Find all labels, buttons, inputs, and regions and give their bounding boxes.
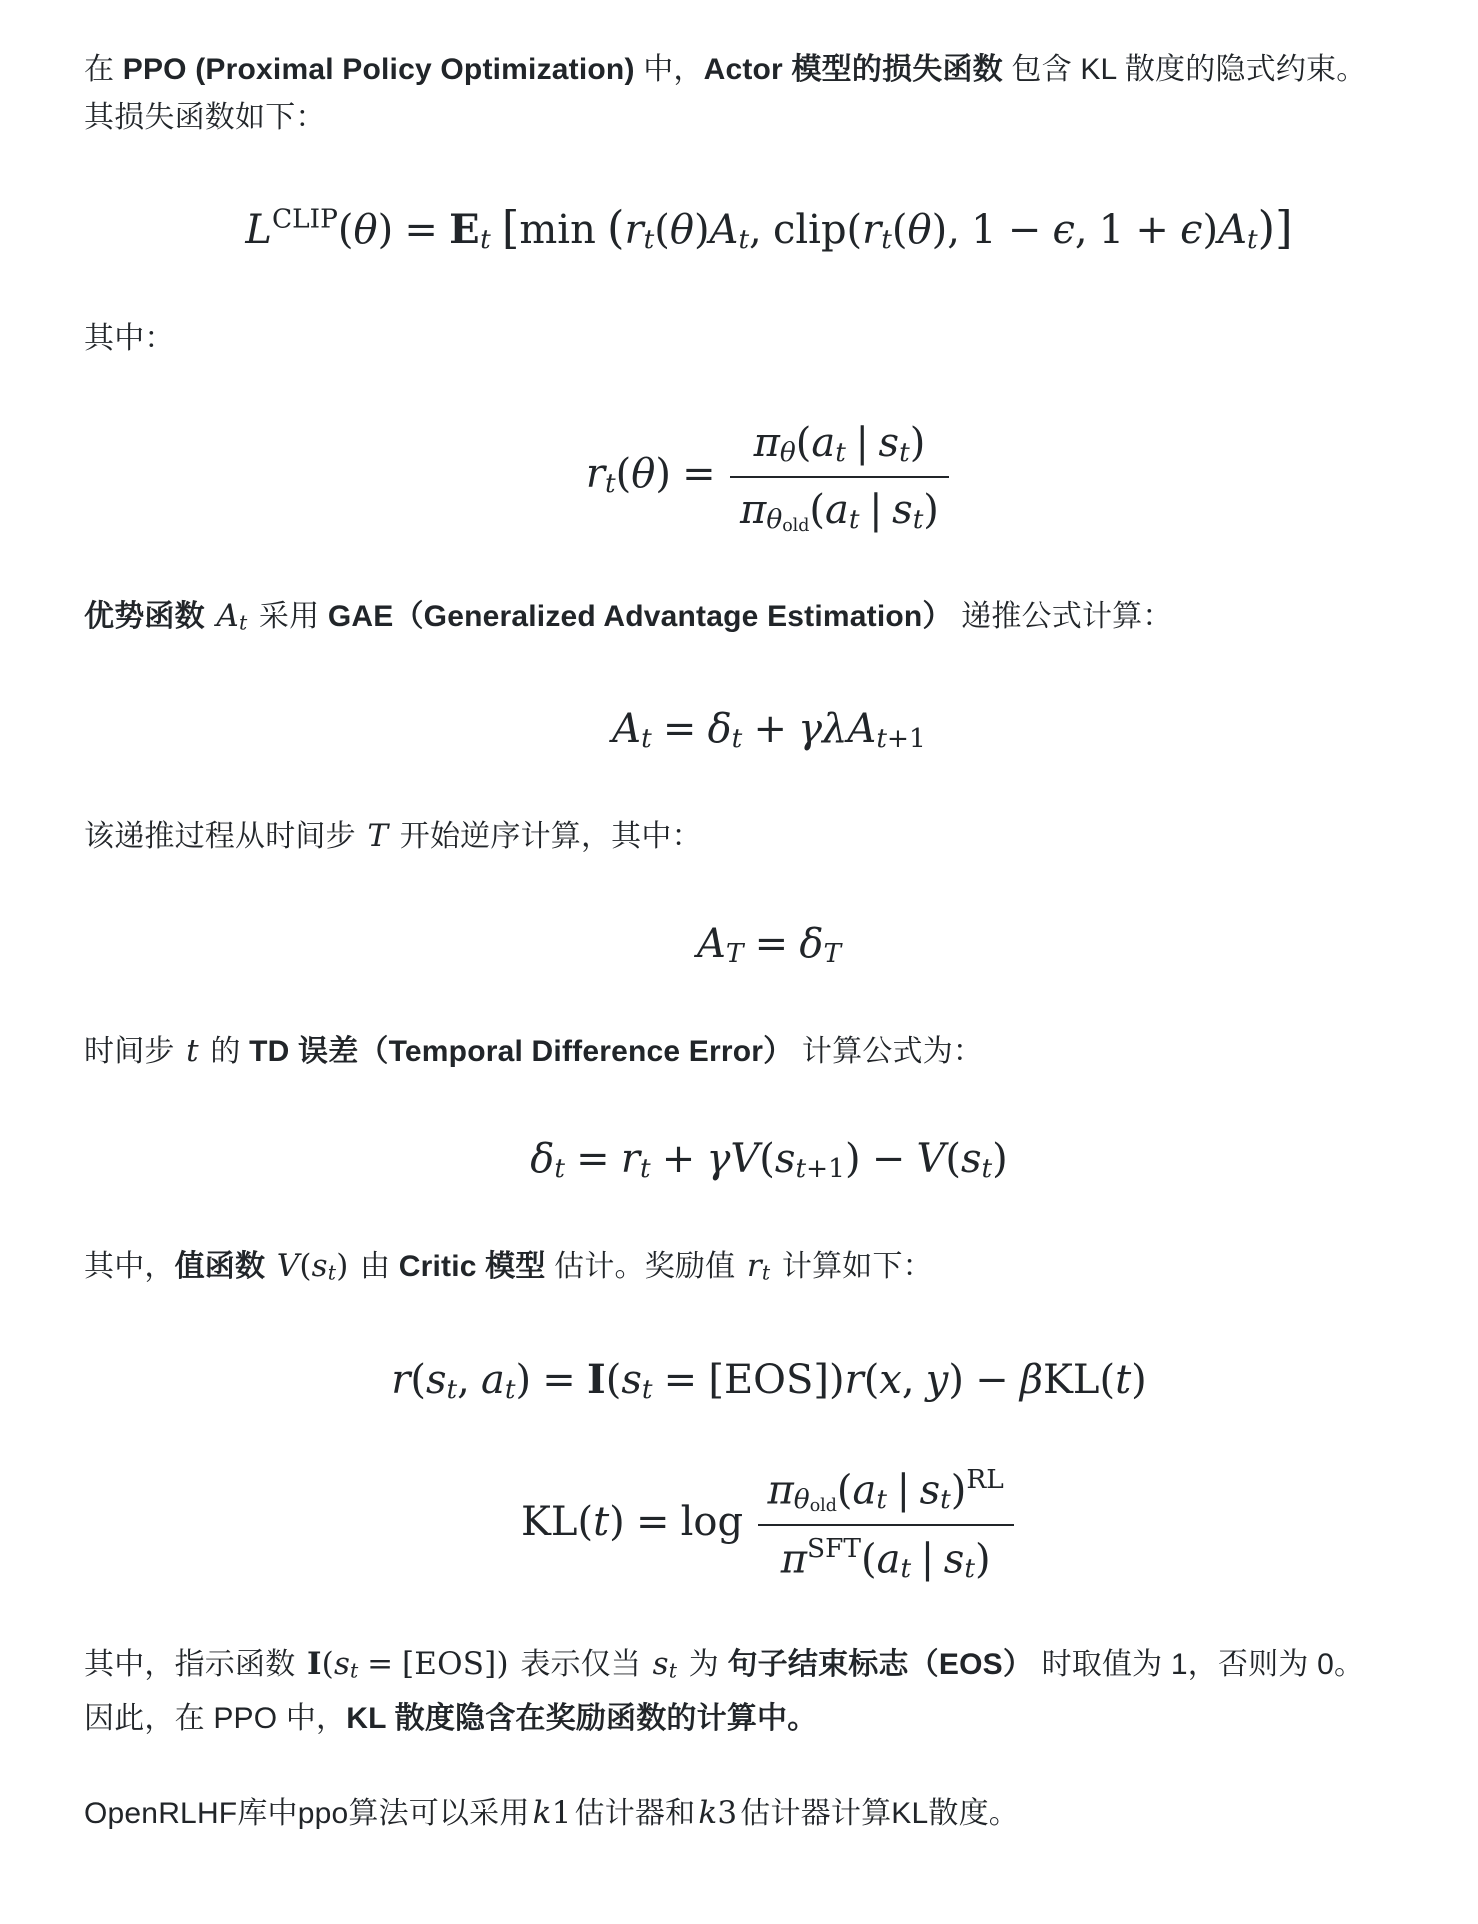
inline-math: I(st=[EOS]): [307, 1646, 509, 1682]
math-symbol: a: [811, 420, 835, 466]
math-symbol: t: [795, 1153, 806, 1184]
math-symbol: s: [426, 1357, 447, 1403]
subscript: t: [641, 723, 652, 754]
math-symbol: V: [916, 1136, 945, 1182]
text: 其中，: [84, 1250, 175, 1283]
math-symbol: s: [334, 1646, 350, 1682]
formula-gae: At=δt+γλAt+1: [84, 700, 1394, 758]
math-symbol: ): [655, 451, 671, 497]
math-symbol: V: [730, 1136, 759, 1182]
text: 中，: [635, 53, 704, 86]
math-symbol: ): [845, 1136, 861, 1182]
math-symbol: (: [809, 487, 825, 533]
math-symbol: θ: [766, 504, 782, 535]
inline-math: T: [367, 818, 388, 854]
math-symbol: t: [640, 1153, 651, 1184]
paragraph-critic-note: 其中，值函数 V(st) 由 Critic 模型 估计。奖励值 rt 计算如下：: [84, 1242, 1394, 1297]
math-symbol: r: [625, 207, 644, 253]
superscript: RL: [966, 1464, 1003, 1495]
subscript: t+1: [795, 1153, 845, 1184]
subscript: t: [480, 224, 491, 255]
math-symbol: θ: [908, 207, 932, 253]
math-symbol: ): [923, 487, 939, 533]
math-symbol: ): [932, 207, 948, 253]
document-body: 在 PPO (Proximal Policy Optimization) 中，A…: [0, 0, 1478, 1924]
fraction-denominator: πSFT(at|st): [758, 1524, 1014, 1586]
subscript: t: [447, 1374, 458, 1405]
math-symbol: ,: [749, 207, 762, 253]
math-symbol: k: [698, 1795, 717, 1831]
math-symbol: (: [616, 451, 632, 497]
inline-math: k3: [698, 1795, 737, 1831]
subscript: θold: [766, 504, 809, 535]
math-symbol: =: [652, 706, 708, 752]
math-symbol: ): [496, 1646, 508, 1682]
text: 计算公式为：: [793, 1035, 983, 1068]
math-symbol: t: [447, 1374, 458, 1405]
math-symbol: a: [877, 1536, 901, 1582]
math-symbol: (: [1099, 1357, 1115, 1403]
math-symbol: (: [322, 1646, 334, 1682]
math-symbol: y: [926, 1357, 949, 1403]
subscript: t: [981, 1153, 992, 1184]
math-symbol: ): [1203, 207, 1219, 253]
math-symbol: (: [299, 1248, 311, 1284]
fraction: πθold(at|st)RLπSFT(at|st): [754, 1463, 1017, 1586]
math-symbol: =: [565, 1136, 621, 1182]
display-math: δt=rt+γV(st+1)−V(st): [530, 1136, 1007, 1182]
math-symbol: t: [876, 723, 887, 754]
paragraph-intro: 在 PPO (Proximal Policy Optimization) 中，A…: [84, 46, 1394, 142]
math-symbol: =: [652, 1357, 708, 1403]
math-symbol: +: [742, 706, 798, 752]
math-symbol: t: [881, 224, 892, 255]
math-symbol: (: [847, 207, 863, 253]
math-symbol: RL: [966, 1464, 1003, 1495]
math-symbol: +: [651, 1136, 707, 1182]
math-symbol: =: [671, 451, 727, 497]
text: [205, 600, 214, 633]
math-symbol: +: [1124, 207, 1180, 253]
math-symbol: a: [481, 1357, 505, 1403]
subscript: t+1: [876, 723, 926, 754]
math-symbol: ϵ: [1180, 207, 1202, 253]
subscript: θold: [794, 1484, 837, 1515]
math-symbol: λ: [822, 706, 847, 752]
text: 估计器和: [575, 1797, 696, 1830]
bold-text: 优势函数: [84, 600, 205, 633]
formula-td-error: δt=rt+γV(st+1)−V(st): [84, 1130, 1394, 1188]
math-symbol: [EOS]: [402, 1646, 496, 1682]
math-symbol: A: [847, 706, 876, 752]
math-symbol: ): [378, 207, 394, 253]
formula-clip-loss: LCLIP(θ)=Et[min(rt(θ)At,clip(rt(θ),1−ϵ,1…: [84, 196, 1394, 261]
display-math: r(st,at)=I(st=[EOS])r(x,y)−βKL(t): [391, 1357, 1147, 1403]
math-symbol: A: [697, 921, 726, 967]
subscript: t: [554, 1153, 565, 1184]
math-symbol: SFT: [807, 1533, 861, 1564]
inline-math: st: [653, 1646, 678, 1682]
math-symbol: θ: [794, 1484, 810, 1515]
fraction-numerator: πθ(at|st): [730, 417, 949, 476]
math-symbol: I: [587, 1356, 606, 1403]
math-symbol: γ: [798, 706, 822, 752]
subscript: t: [505, 1374, 516, 1405]
subscript: t: [913, 504, 924, 535]
math-symbol: t: [835, 437, 846, 468]
inline-math: At: [216, 598, 247, 634]
text: 开始逆序计算，其中：: [391, 820, 702, 853]
math-symbol: t: [669, 1659, 677, 1683]
text: 估计。奖励值: [546, 1250, 744, 1283]
text: 计算如下：: [773, 1250, 933, 1283]
bold-text: 值函数: [175, 1250, 266, 1283]
paragraph-recursion-note: 该递推过程从时间步 T 开始逆序计算，其中：: [84, 812, 1394, 861]
math-symbol: π: [740, 487, 766, 533]
math-symbol: [EOS]: [708, 1357, 829, 1403]
math-symbol: ): [975, 1536, 991, 1582]
inline-math: k1: [533, 1795, 572, 1831]
math-symbol: t: [505, 1374, 516, 1405]
math-symbol: ): [910, 420, 926, 466]
math-symbol: t: [239, 610, 247, 634]
math-symbol: KL: [521, 1499, 577, 1545]
math-symbol: t: [738, 224, 749, 255]
math-symbol: θ: [670, 207, 694, 253]
math-symbol: 1: [971, 207, 996, 253]
math-symbol: 3: [717, 1795, 737, 1831]
subscript: t: [669, 1659, 677, 1683]
math-symbol: I: [307, 1646, 322, 1682]
inline-math: V(st): [277, 1248, 349, 1284]
math-symbol: (: [338, 207, 354, 253]
text: 采用: [250, 600, 327, 633]
subscript: t: [605, 468, 616, 499]
math-symbol: =: [531, 1357, 587, 1403]
math-symbol: t: [186, 1033, 199, 1069]
math-symbol: |: [846, 420, 879, 466]
bold-text: KL 散度隐含在奖励函数的计算中。: [346, 1702, 817, 1735]
subscript: t: [901, 1553, 912, 1584]
math-symbol: t: [593, 1499, 609, 1545]
math-symbol: +1: [887, 723, 926, 754]
math-symbol: δ: [530, 1136, 554, 1182]
math-symbol: L: [245, 207, 272, 253]
math-symbol: ,: [1075, 207, 1088, 253]
subscript: t: [762, 1261, 770, 1285]
paragraph-gae-intro: 优势函数 At 采用 GAE（Generalized Advantage Est…: [84, 592, 1394, 647]
math-symbol: t: [1247, 224, 1258, 255]
math-symbol: =: [393, 207, 449, 253]
bold-text: 句子结束标志（EOS）: [727, 1648, 1033, 1681]
math-symbol: t: [605, 468, 616, 499]
math-symbol: t: [876, 1484, 887, 1515]
math-symbol: r: [845, 1357, 864, 1403]
text: 时间步: [84, 1035, 183, 1068]
display-math: LCLIP(θ)=Et[min(rt(θ)At,clip(rt(θ),1−ϵ,1…: [245, 207, 1292, 253]
paragraph-qizhong-1: 其中：: [84, 315, 1394, 363]
math-symbol: t: [480, 224, 491, 255]
subscript: t: [881, 224, 892, 255]
math-symbol: −: [964, 1357, 1020, 1403]
display-math: KL(t)=logπθold(at|st)RLπSFT(at|st): [521, 1499, 1017, 1545]
math-symbol: clip: [773, 207, 847, 253]
math-symbol: t: [644, 224, 655, 255]
bold-text: TD 误差（Temporal Difference Error）: [249, 1035, 793, 1068]
math-symbol: π: [781, 1536, 807, 1582]
math-symbol: A: [216, 598, 239, 634]
math-symbol: s: [892, 487, 913, 533]
fraction: πθ(at|st)πθold(at|st): [727, 417, 952, 538]
math-symbol: old: [782, 516, 809, 536]
math-symbol: s: [961, 1136, 982, 1182]
math-symbol: t: [732, 723, 743, 754]
math-symbol: t: [940, 1484, 951, 1515]
text: 由: [351, 1250, 398, 1283]
formula-kl: KL(t)=logπθold(at|st)RLπSFT(at|st): [84, 1463, 1394, 1586]
superscript: CLIP: [272, 204, 338, 235]
math-symbol: ): [609, 1499, 625, 1545]
subscript: t: [835, 437, 846, 468]
math-symbol: (: [759, 1136, 775, 1182]
text: [265, 1250, 274, 1283]
math-symbol: ): [515, 1357, 531, 1403]
math-symbol: ): [694, 207, 710, 253]
math-symbol: KL: [1043, 1357, 1099, 1403]
math-symbol: x: [879, 1357, 902, 1403]
text: 其中，指示函数: [84, 1648, 304, 1681]
math-symbol: r: [621, 1136, 640, 1182]
subscript: old: [782, 516, 809, 536]
subscript: t: [732, 723, 743, 754]
inline-math: rt: [747, 1248, 770, 1284]
math-symbol: ): [951, 1467, 967, 1513]
math-symbol: γ: [707, 1136, 731, 1182]
math-symbol: old: [810, 1496, 837, 1516]
math-symbol: ,: [457, 1357, 470, 1403]
text: OpenRLHF库中ppo算法可以采用: [84, 1797, 530, 1830]
math-symbol: (: [864, 1357, 880, 1403]
subscript: θ: [780, 437, 796, 468]
math-symbol: |: [911, 1536, 944, 1582]
math-symbol: π: [768, 1467, 794, 1513]
display-math: AT=δT: [697, 921, 841, 967]
math-symbol: t: [762, 1261, 770, 1285]
math-symbol: θ: [353, 207, 377, 253]
bold-text: PPO (Proximal Policy Optimization): [123, 53, 635, 86]
math-symbol: E: [449, 206, 480, 253]
subscript: t: [940, 1484, 951, 1515]
math-symbol: θ: [780, 437, 796, 468]
math-symbol: r: [747, 1248, 762, 1284]
subscript: t: [640, 1153, 651, 1184]
math-symbol: ): [336, 1248, 348, 1284]
math-symbol: (: [577, 1499, 593, 1545]
formula-gae-terminal: AT=δT: [84, 915, 1394, 973]
bold-text: Critic 模型: [399, 1250, 546, 1283]
bold-text: Actor 模型的损失函数: [704, 53, 1003, 86]
math-symbol: π: [754, 420, 780, 466]
math-symbol: CLIP: [272, 204, 338, 235]
math-symbol: |: [887, 1467, 920, 1513]
fraction-numerator: πθold(at|st)RL: [758, 1463, 1014, 1524]
formula-ratio: rt(θ)=πθ(at|st)πθold(at|st): [84, 417, 1394, 538]
math-symbol: [: [502, 201, 519, 254]
math-symbol: s: [621, 1357, 642, 1403]
math-symbol: (: [410, 1357, 426, 1403]
math-symbol: t: [328, 1261, 336, 1285]
display-math: At=δt+γλAt+1: [612, 706, 926, 752]
text: 的: [202, 1035, 249, 1068]
paragraph-td-intro: 时间步 t 的 TD 误差（Temporal Difference Error）…: [84, 1027, 1394, 1076]
math-symbol: t: [901, 1553, 912, 1584]
math-symbol: (: [796, 420, 812, 466]
fraction-denominator: πθold(at|st): [730, 476, 949, 538]
math-symbol: 1: [552, 1795, 572, 1831]
subscript: t: [964, 1553, 975, 1584]
math-symbol: s: [653, 1646, 669, 1682]
math-symbol: ): [992, 1136, 1008, 1182]
math-symbol: t: [964, 1553, 975, 1584]
math-symbol: T: [367, 818, 388, 854]
math-symbol: s: [879, 420, 900, 466]
bold-text: GAE（Generalized Advantage Estimation）: [328, 600, 953, 633]
subscript: t: [849, 504, 860, 535]
superscript: SFT: [807, 1533, 861, 1564]
subscript: t: [328, 1261, 336, 1285]
math-symbol: t: [899, 437, 910, 468]
math-symbol: min: [519, 207, 595, 253]
math-symbol: t: [641, 723, 652, 754]
math-symbol: s: [312, 1248, 328, 1284]
subscript: t: [899, 437, 910, 468]
math-symbol: T: [823, 938, 841, 969]
math-symbol: β: [1020, 1357, 1043, 1403]
math-symbol: ): [1131, 1357, 1147, 1403]
math-symbol: r: [391, 1357, 410, 1403]
math-symbol: =: [743, 921, 799, 967]
subscript: T: [726, 938, 744, 969]
math-symbol: A: [1218, 207, 1247, 253]
math-symbol: s: [775, 1136, 796, 1182]
math-symbol: −: [997, 207, 1053, 253]
math-symbol: δ: [708, 706, 732, 752]
math-symbol: +1: [806, 1153, 845, 1184]
math-symbol: k: [533, 1795, 552, 1831]
math-symbol: t: [849, 504, 860, 535]
display-math: rt(θ)=πθ(at|st)πθold(at|st): [586, 451, 952, 497]
math-symbol: (: [945, 1136, 961, 1182]
math-symbol: δ: [799, 921, 823, 967]
subscript: t: [239, 610, 247, 634]
subscript: t: [642, 1374, 653, 1405]
math-symbol: ϵ: [1052, 207, 1074, 253]
math-symbol: θ: [631, 451, 655, 497]
math-symbol: r: [862, 207, 881, 253]
math-symbol: V: [277, 1248, 300, 1284]
math-symbol: s: [920, 1467, 941, 1513]
text: 为: [680, 1648, 727, 1681]
math-symbol: =: [358, 1646, 402, 1682]
text: 其中：: [84, 322, 175, 355]
inline-math: t: [186, 1033, 199, 1069]
math-symbol: 1: [1099, 207, 1124, 253]
math-symbol: (: [654, 207, 670, 253]
math-symbol: ): [829, 1357, 845, 1403]
paragraph-openrlhf-note: OpenRLHF库中ppo算法可以采用k1估计器和k3估计器计算KL散度。: [84, 1789, 1394, 1838]
text: 该递推过程从时间步: [84, 820, 364, 853]
math-symbol: ,: [947, 207, 960, 253]
paragraph-indicator-note: 其中，指示函数 I(st=[EOS]) 表示仅当 st 为 句子结束标志（EOS…: [84, 1640, 1394, 1743]
text: 估计器计算KL散度。: [740, 1797, 1019, 1830]
math-symbol: (: [607, 201, 624, 254]
formula-reward: r(st,at)=I(st=[EOS])r(x,y)−βKL(t): [84, 1351, 1394, 1409]
math-symbol: s: [944, 1536, 965, 1582]
math-symbol: =: [625, 1499, 681, 1545]
math-symbol: t: [554, 1153, 565, 1184]
math-symbol: (: [861, 1536, 877, 1582]
math-symbol: a: [825, 487, 849, 533]
math-symbol: r: [586, 451, 605, 497]
subscript: t: [876, 1484, 887, 1515]
math-symbol: ,: [902, 1357, 915, 1403]
math-symbol: ): [948, 1357, 964, 1403]
math-symbol: log: [681, 1499, 743, 1545]
subscript: t: [738, 224, 749, 255]
text: 递推公式计算：: [953, 600, 1173, 633]
math-symbol: a: [853, 1467, 877, 1513]
math-symbol: −: [861, 1136, 917, 1182]
subscript: T: [823, 938, 841, 969]
subscript: t: [1247, 224, 1258, 255]
subscript: old: [810, 1496, 837, 1516]
text: 在: [84, 53, 123, 86]
math-symbol: (: [892, 207, 908, 253]
math-symbol: (: [606, 1357, 622, 1403]
math-symbol: |: [859, 487, 892, 533]
math-symbol: ]: [1275, 201, 1292, 254]
math-symbol: T: [726, 938, 744, 969]
math-symbol: ): [1258, 201, 1275, 254]
math-symbol: (: [837, 1467, 853, 1513]
subscript: t: [644, 224, 655, 255]
math-symbol: t: [913, 504, 924, 535]
math-symbol: t: [642, 1374, 653, 1405]
math-symbol: t: [1115, 1357, 1131, 1403]
text: 表示仅当: [512, 1648, 650, 1681]
math-symbol: A: [710, 207, 739, 253]
math-symbol: A: [612, 706, 641, 752]
math-symbol: t: [981, 1153, 992, 1184]
